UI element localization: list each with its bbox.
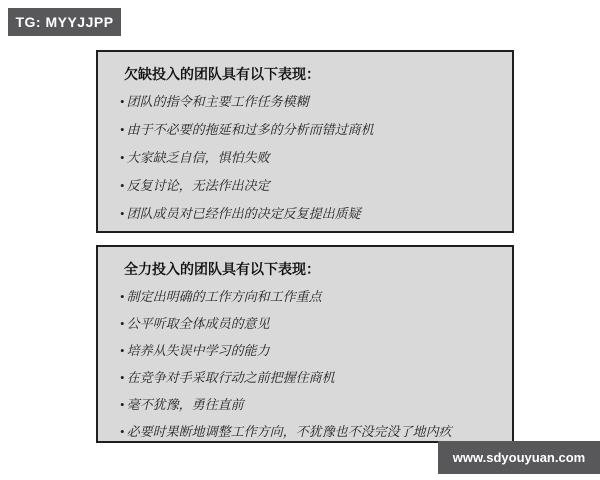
bullet-item: •制定出明确的工作方向和工作重点 [120,289,504,304]
bullet-text: 制定出明确的工作方向和工作重点 [127,289,322,304]
bullet-text: 由于不必要的拖延和过多的分析而错过商机 [127,122,374,137]
bullet-dot: • [120,150,125,165]
bullet-dot: • [120,316,125,331]
bullet-item: •培养从失误中学习的能力 [120,343,504,358]
uncommitted-team-box: 欠缺投入的团队具有以下表现： •团队的指令和主要工作任务模糊 •由于不必要的拖延… [96,50,514,233]
bullet-dot: • [120,122,125,137]
bullet-item: •公平听取全体成员的意见 [120,316,504,331]
bullet-text: 在竞争对手采取行动之前把握住商机 [127,370,335,385]
tg-channel-label: TG: MYYJJPP [15,14,113,30]
bullet-text: 团队的指令和主要工作任务模糊 [127,94,309,109]
bullet-item: •毫不犹豫，勇往直前 [120,397,504,412]
uncommitted-team-title: 欠缺投入的团队具有以下表现： [124,66,502,82]
bullet-dot: • [120,289,125,304]
committed-team-box: 全力投入的团队具有以下表现： •制定出明确的工作方向和工作重点 •公平听取全体成… [96,245,514,443]
bullet-dot: • [120,206,125,221]
bullet-dot: • [120,397,125,412]
bullet-text: 培养从失误中学习的能力 [127,343,270,358]
website-watermark-badge: www.sdyouyuan.com [438,441,600,474]
bullet-text: 团队成员对已经作出的决定反复提出质疑 [127,206,361,221]
bullet-item: •必要时果断地调整工作方向，不犹豫也不没完没了地内疚 [120,424,504,439]
committed-team-title: 全力投入的团队具有以下表现： [124,261,502,277]
bullet-dot: • [120,178,125,193]
bullet-text: 毫不犹豫，勇往直前 [127,397,244,412]
bullet-dot: • [120,370,125,385]
bullet-dot: • [120,94,125,109]
website-watermark-label: www.sdyouyuan.com [453,450,585,465]
bullet-item: •大家缺乏自信，惧怕失败 [120,150,504,165]
bullet-text: 必要时果断地调整工作方向，不犹豫也不没完没了地内疚 [127,424,452,439]
bullet-text: 公平听取全体成员的意见 [127,316,270,331]
bullet-text: 大家缺乏自信，惧怕失败 [127,150,270,165]
bullet-item: •反复讨论，无法作出决定 [120,178,504,193]
bullet-item: •由于不必要的拖延和过多的分析而错过商机 [120,122,504,137]
bullet-text: 反复讨论，无法作出决定 [127,178,270,193]
bullet-item: •团队的指令和主要工作任务模糊 [120,94,504,109]
bullet-dot: • [120,424,125,439]
bullet-item: •团队成员对已经作出的决定反复提出质疑 [120,206,504,221]
bullet-item: •在竞争对手采取行动之前把握住商机 [120,370,504,385]
tg-channel-badge: TG: MYYJJPP [8,8,121,36]
bullet-dot: • [120,343,125,358]
